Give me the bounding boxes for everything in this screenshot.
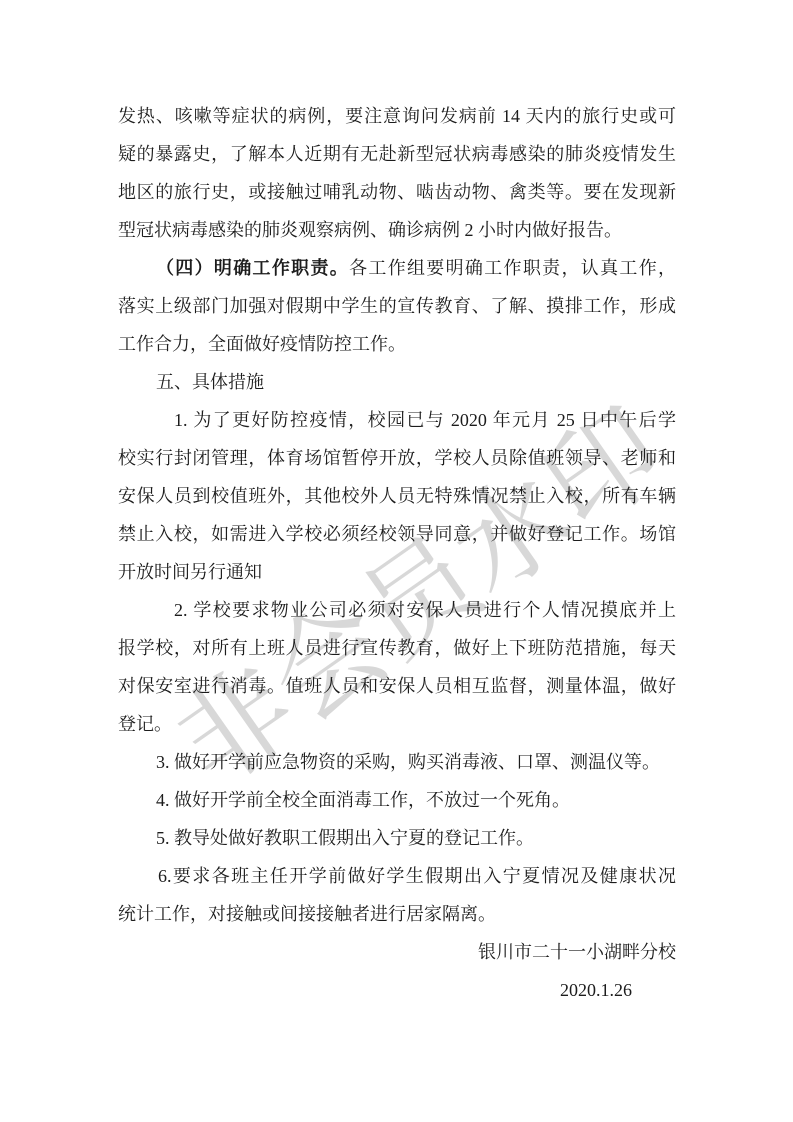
text-run: 登记。 bbox=[118, 714, 172, 734]
text-line: 1. 为了更好防控疫情，校园已与 2020 年元月 25 日中午后学 bbox=[118, 401, 676, 439]
bold-text-run: （四）明确工作职责。 bbox=[156, 258, 349, 278]
text-run: 报学校，对所有上班人员进行宣传教育，做好上下班防范措施，每天 bbox=[118, 638, 676, 658]
text-line: 工作合力，全面做好疫情防控工作。 bbox=[118, 325, 676, 363]
text-line: 发热、咳嗽等症状的病例，要注意询问发病前 14 天内的旅行史或可 bbox=[118, 97, 676, 135]
text-run: 五、具体措施 bbox=[156, 372, 264, 392]
text-line: 3. 做好开学前应急物资的采购，购买消毒液、口罩、测温仪等。 bbox=[118, 743, 676, 781]
text-run: 校实行封闭管理，体育场馆暂停开放，学校人员除值班领导、老师和 bbox=[118, 448, 676, 468]
text-line: 对保安室进行消毒。值班人员和安保人员相互监督，测量体温，做好 bbox=[118, 667, 676, 705]
document-content: 发热、咳嗽等症状的病例，要注意询问发病前 14 天内的旅行史或可疑的暴露史，了解… bbox=[118, 97, 676, 1009]
text-line: 安保人员到校值班外，其他校外人员无特殊情况禁止入校，所有车辆 bbox=[118, 477, 676, 515]
text-run: 2020.1.26 bbox=[560, 980, 632, 1000]
text-line: 开放时间另行通知 bbox=[118, 553, 676, 591]
text-line: 落实上级部门加强对假期中学生的宣传教育、了解、摸排工作，形成 bbox=[118, 287, 676, 325]
text-run: 发热、咳嗽等症状的病例，要注意询问发病前 14 天内的旅行史或可 bbox=[118, 106, 676, 126]
text-run: 疑的暴露史，了解本人近期有无赴新型冠状病毒感染的肺炎疫情发生 bbox=[118, 144, 676, 164]
text-run: 1. 为了更好防控疫情，校园已与 2020 年元月 25 日中午后学 bbox=[174, 410, 676, 430]
text-line: 五、具体措施 bbox=[118, 363, 676, 401]
text-line: 5. 教导处做好教职工假期出入宁夏的登记工作。 bbox=[118, 819, 676, 857]
text-line: 报学校，对所有上班人员进行宣传教育，做好上下班防范措施，每天 bbox=[118, 629, 676, 667]
text-run: 落实上级部门加强对假期中学生的宣传教育、了解、摸排工作，形成 bbox=[118, 296, 676, 316]
text-line: 4. 做好开学前全校全面消毒工作，不放过一个死角。 bbox=[118, 781, 676, 819]
document-page: 非会员水印 发热、咳嗽等症状的病例，要注意询问发病前 14 天内的旅行史或可疑的… bbox=[0, 0, 793, 1122]
text-line: 2. 学校要求物业公司必须对安保人员进行个人情况摸底并上 bbox=[118, 591, 676, 629]
text-run: 3. 做好开学前应急物资的采购，购买消毒液、口罩、测温仪等。 bbox=[156, 752, 660, 772]
text-line: 银川市二十一小湖畔分校 bbox=[118, 933, 676, 971]
text-line: 统计工作，对接触或间接接触者进行居家隔离。 bbox=[118, 895, 676, 933]
text-line: 地区的旅行史，或接触过哺乳动物、啮齿动物、禽类等。要在发现新 bbox=[118, 173, 676, 211]
text-run: 6.要求各班主任开学前做好学生假期出入宁夏情况及健康状况 bbox=[158, 866, 676, 886]
text-line: 校实行封闭管理，体育场馆暂停开放，学校人员除值班领导、老师和 bbox=[118, 439, 676, 477]
text-run: 对保安室进行消毒。值班人员和安保人员相互监督，测量体温，做好 bbox=[118, 676, 676, 696]
text-run: 统计工作，对接触或间接接触者进行居家隔离。 bbox=[118, 904, 496, 924]
text-run: 各工作组要明确工作职责，认真工作， bbox=[349, 258, 676, 278]
text-line: 禁止入校，如需进入学校必须经校领导同意，并做好登记工作。场馆 bbox=[118, 515, 676, 553]
text-run: 安保人员到校值班外，其他校外人员无特殊情况禁止入校，所有车辆 bbox=[118, 486, 676, 506]
text-line: 2020.1.26 bbox=[118, 971, 676, 1009]
text-run: 地区的旅行史，或接触过哺乳动物、啮齿动物、禽类等。要在发现新 bbox=[118, 182, 676, 202]
text-run: 型冠状病毒感染的肺炎观察病例、确诊病例 2 小时内做好报告。 bbox=[118, 220, 622, 240]
text-line: （四）明确工作职责。各工作组要明确工作职责，认真工作， bbox=[118, 249, 676, 287]
text-run: 禁止入校，如需进入学校必须经校领导同意，并做好登记工作。场馆 bbox=[118, 524, 676, 544]
text-run: 开放时间另行通知 bbox=[118, 562, 262, 582]
text-line: 登记。 bbox=[118, 705, 676, 743]
text-run: 4. 做好开学前全校全面消毒工作，不放过一个死角。 bbox=[156, 790, 570, 810]
text-line: 6.要求各班主任开学前做好学生假期出入宁夏情况及健康状况 bbox=[118, 857, 676, 895]
text-run: 2. 学校要求物业公司必须对安保人员进行个人情况摸底并上 bbox=[174, 600, 676, 620]
text-run: 5. 教导处做好教职工假期出入宁夏的登记工作。 bbox=[156, 828, 534, 848]
text-run: 银川市二十一小湖畔分校 bbox=[478, 942, 676, 962]
text-line: 型冠状病毒感染的肺炎观察病例、确诊病例 2 小时内做好报告。 bbox=[118, 211, 676, 249]
text-line: 疑的暴露史，了解本人近期有无赴新型冠状病毒感染的肺炎疫情发生 bbox=[118, 135, 676, 173]
text-run: 工作合力，全面做好疫情防控工作。 bbox=[118, 334, 406, 354]
